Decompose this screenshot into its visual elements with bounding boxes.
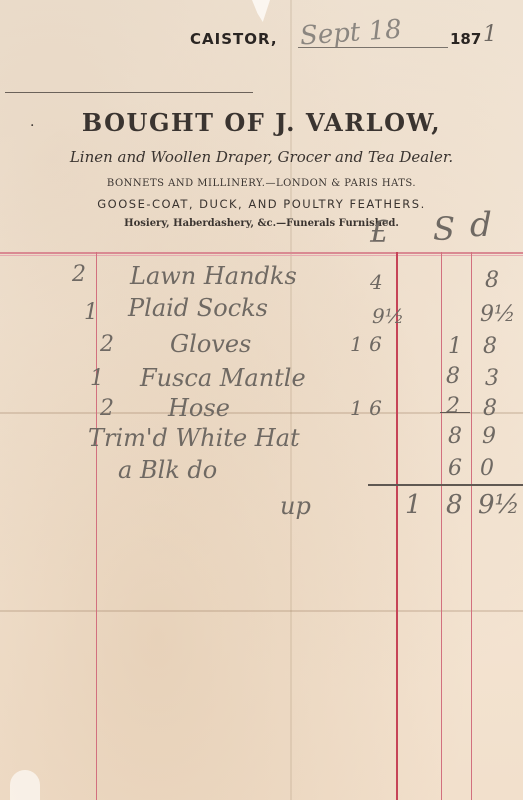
item-pence: 8 (483, 334, 497, 359)
trade-description: Linen and Woollen Draper, Grocer and Tea… (0, 148, 523, 166)
item-description: Fusca Mantle (140, 364, 306, 392)
date-underline (298, 47, 448, 48)
ledger-top-rule-secondary (0, 255, 523, 256)
handwritten-year-digit: 1 (483, 22, 497, 47)
item-quantity: 2 (100, 396, 114, 421)
item-description: Plaid Socks (128, 294, 268, 322)
item-unit-price: 1 6 (350, 332, 382, 356)
item-description: Trim'd White Hat (88, 424, 300, 452)
pounds-column-line (396, 252, 398, 800)
item-pence: 8 (485, 268, 499, 293)
item-quantity: 2 (72, 262, 86, 287)
item-shillings: 8 (446, 364, 460, 389)
paper-tear (10, 770, 40, 800)
item-shillings: 2 (446, 394, 460, 419)
item-quantity: 1 (90, 366, 104, 391)
printed-year: 187 (450, 30, 481, 48)
item-description: a Blk do (118, 456, 217, 484)
feathers-line: GOOSE-COAT, DUCK, AND POULTRY FEATHERS. (0, 197, 523, 211)
pence-column-line (471, 252, 472, 800)
shillings-column-heading: S (433, 210, 455, 248)
item-description: Hose (168, 394, 230, 422)
item-unit-price: 4 (370, 270, 383, 294)
item-pence: 9 (482, 424, 496, 449)
total-pounds: 1 (405, 490, 422, 520)
total-rule (368, 484, 523, 486)
total-label: up (280, 492, 311, 520)
fold-crease (0, 610, 523, 612)
merchant-title: BOUGHT OF J. VARLOW, (0, 108, 523, 137)
bonnets-line: BONNETS AND MILLINERY.—LONDON & PARIS HA… (0, 178, 523, 189)
item-unit-price: 1 6 (350, 396, 382, 420)
ledger-top-rule (0, 252, 523, 254)
item-shillings: 6 (448, 456, 462, 481)
item-description: Gloves (170, 330, 251, 358)
header-divider (5, 92, 253, 93)
item-quantity: 1 (84, 300, 98, 325)
shillings-column-line (441, 252, 442, 800)
place-name: CAISTOR, (190, 30, 278, 48)
quantity-margin-line (96, 252, 97, 800)
item-pence: 0 (480, 456, 494, 481)
item-unit-price: 9½ (372, 304, 404, 328)
item-pence: 3 (485, 366, 499, 391)
item-description: Lawn Handks (130, 262, 297, 290)
item-quantity: 2 (100, 332, 114, 357)
pence-column-heading: d (470, 205, 492, 245)
pounds-column-heading: £ (370, 215, 389, 250)
item-pence: 9½ (480, 302, 515, 327)
total-pence: 9½ (478, 490, 520, 520)
total-shillings: 8 (446, 490, 463, 520)
item-shillings: 1 (448, 334, 462, 359)
item-shillings: 8 (448, 424, 462, 449)
subtotal-rule (440, 412, 470, 413)
item-pence: 8 (483, 396, 497, 421)
